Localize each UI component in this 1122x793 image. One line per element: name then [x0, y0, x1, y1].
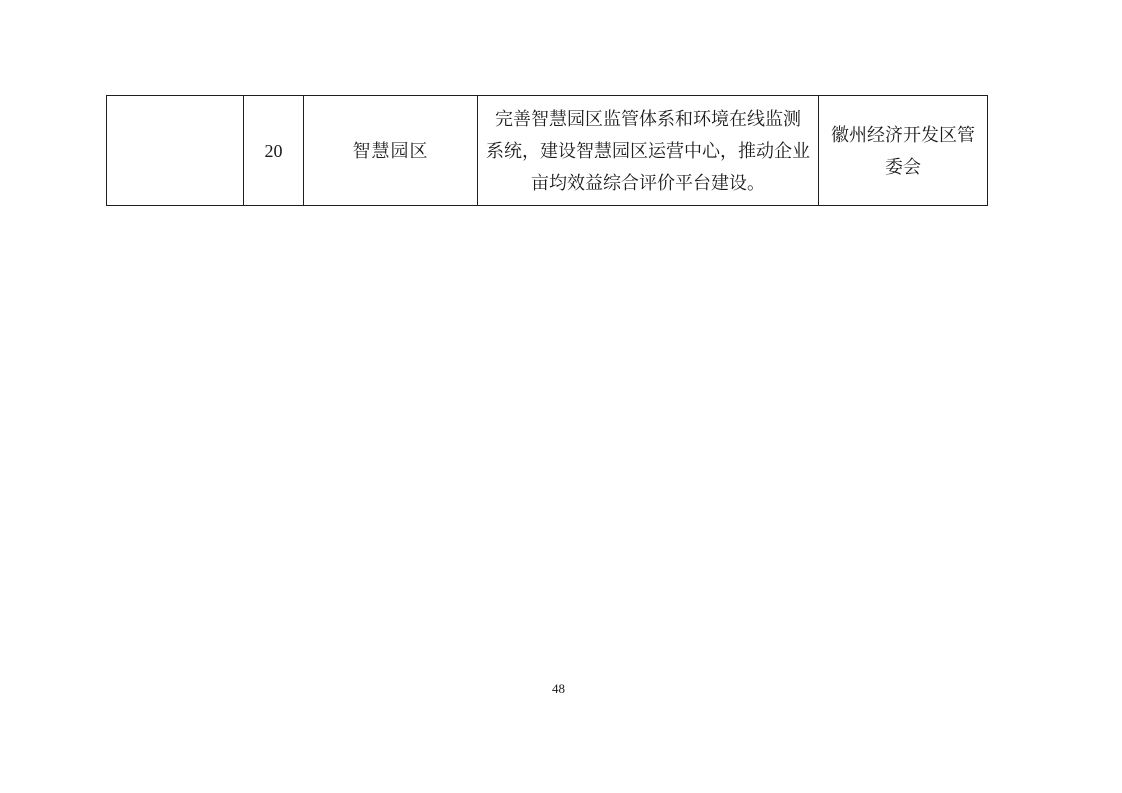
description-line-1: 完善智慧园区监管体系和环境在线监测	[486, 103, 810, 135]
table-row: 20 智慧园区 完善智慧园区监管体系和环境在线监测 系统，建设智慧园区运营中心，…	[107, 96, 988, 206]
assessment-table: 20 智慧园区 完善智慧园区监管体系和环境在线监测 系统，建设智慧园区运营中心，…	[106, 95, 988, 206]
table-cell-project-name: 智慧园区	[304, 96, 478, 206]
responsible-unit-line-2: 委会	[827, 151, 979, 183]
table-cell-category-blank	[107, 96, 244, 206]
responsible-unit-line-1: 徽州经济开发区管	[827, 119, 979, 151]
table-cell-index: 20	[244, 96, 304, 206]
page-number: 48	[0, 681, 1117, 697]
document-page: 20 智慧园区 完善智慧园区监管体系和环境在线监测 系统，建设智慧园区运营中心，…	[0, 0, 1122, 793]
description-line-2: 系统，建设智慧园区运营中心，推动企业	[486, 135, 810, 167]
table-cell-responsible-unit: 徽州经济开发区管 委会	[819, 96, 988, 206]
table-cell-description: 完善智慧园区监管体系和环境在线监测 系统，建设智慧园区运营中心，推动企业 亩均效…	[478, 96, 819, 206]
description-line-3: 亩均效益综合评价平台建设。	[486, 167, 810, 199]
